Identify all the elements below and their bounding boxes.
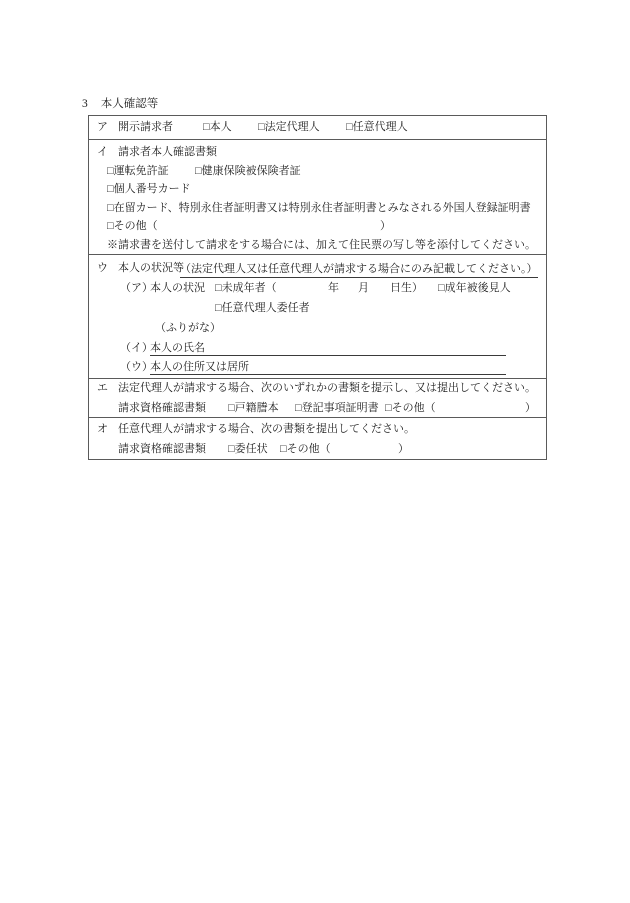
row-o-docs-title: 請求資格確認書類	[118, 440, 206, 460]
row-u-sub-a-line: （ア） 本人の状況 □未成年者（ 年 月 日生） □成年被後見人	[89, 279, 546, 299]
sub-label-i: （イ）	[120, 339, 153, 359]
row-u-underlined-note: （法定代理人又は任意代理人が請求する場合にのみ記載してください。）	[180, 261, 538, 278]
checkbox-registration-certificate: □登記事項証明書	[295, 399, 379, 419]
birth-day-label: 日生）	[390, 279, 423, 299]
row-label-u: ウ	[97, 259, 108, 279]
section-number: 3	[82, 98, 88, 110]
checkbox-other-legal-doc: □その他（	[385, 399, 436, 419]
row-o-docs-line: 請求資格確認書類 □委任状 □その他（ ）	[89, 440, 546, 460]
table-row-principal-status: ウ 本人の状況等 （法定代理人又は任意代理人が請求する場合にのみ記載してください…	[89, 254, 546, 378]
other-voluntary-doc-close-paren: ）	[398, 440, 409, 460]
furigana-label: （ふりがな）	[155, 319, 221, 339]
checkbox-legal-representative: □法定代理人	[258, 116, 320, 138]
row-a-title: 開示請求者	[118, 116, 173, 138]
row-label-e: エ	[97, 379, 108, 399]
principal-name-label: 本人の氏名	[150, 342, 205, 354]
row-i-line2: □個人番号カード	[89, 180, 546, 199]
row-e-title-line: エ 法定代理人が請求する場合、次のいずれかの書類を提示し、又は提出してください。	[89, 379, 546, 399]
checkbox-power-of-attorney: □委任状	[228, 440, 268, 460]
checkbox-adult-ward: □成年被後見人	[438, 279, 511, 299]
table-row-voluntary-rep-documents: オ 任意代理人が請求する場合、次の書類を提出してください。 請求資格確認書類 □…	[89, 417, 546, 459]
other-legal-doc-close-paren: ）	[525, 399, 536, 419]
row-o-title: 任意代理人が請求する場合、次の書類を提出してください。	[118, 420, 415, 440]
row-i-line3: □在留カード、特別永住者証明書又は特別永住者証明書とみなされる外国人登録証明書	[89, 199, 546, 218]
principal-name-blank: 本人の氏名	[150, 340, 506, 356]
checkbox-other-voluntary-doc: □その他（	[280, 440, 331, 460]
row-i-title-line: イ 請求者本人確認書類	[89, 143, 546, 162]
checkbox-residence-card: □在留カード、特別永住者証明書又は特別永住者証明書とみなされる外国人登録証明書	[107, 199, 531, 218]
checkbox-health-insurance-card: □健康保険被保険者証	[195, 162, 301, 181]
checkbox-voluntary-delegator: □任意代理人委任者	[215, 299, 310, 319]
table-row-identity-documents: イ 請求者本人確認書類 □運転免許証 □健康保険被保険者証 □個人番号カード □…	[89, 139, 546, 254]
checkbox-family-register: □戸籍謄本	[228, 399, 279, 419]
row-i-line4: □その他（ ）	[89, 217, 546, 236]
table-row-disclosure-requester: ア 開示請求者 □本人 □法定代理人 □任意代理人	[89, 116, 546, 139]
row-e-title: 法定代理人が請求する場合、次のいずれかの書類を提示し、又は提出してください。	[118, 379, 536, 399]
row-a-line: ア 開示請求者 □本人 □法定代理人 □任意代理人	[89, 116, 546, 138]
principal-address-label: 本人の住所又は居所	[150, 361, 249, 373]
mail-request-note: ※請求書を送付して請求をする場合には、加えて住民票の写し等を添付してください。	[107, 236, 536, 255]
document-page: { "heading": { "number": "3", "title": "…	[0, 0, 630, 903]
row-label-a: ア	[97, 116, 108, 138]
section-heading: 3本人確認等	[82, 95, 158, 111]
row-i-title: 請求者本人確認書類	[118, 143, 217, 162]
birth-year-label: 年	[328, 279, 339, 299]
checkbox-self: □本人	[203, 116, 232, 138]
row-e-docs-title: 請求資格確認書類	[118, 399, 206, 419]
sub-a-title: 本人の状況	[150, 279, 205, 299]
birth-month-label: 月	[358, 279, 369, 299]
sub-label-u: （ウ）	[120, 358, 153, 378]
row-label-o: オ	[97, 420, 108, 440]
table-row-legal-rep-documents: エ 法定代理人が請求する場合、次のいずれかの書類を提示し、又は提出してください。…	[89, 378, 546, 417]
checkbox-other-identity: □その他（	[107, 217, 158, 236]
row-u-delegator-line: □任意代理人委任者	[89, 299, 546, 319]
row-i-note-line: ※請求書を送付して請求をする場合には、加えて住民票の写し等を添付してください。	[89, 236, 546, 255]
row-u-furigana-line: （ふりがな）	[89, 319, 546, 339]
checkbox-minor: □未成年者（	[215, 279, 277, 299]
row-o-title-line: オ 任意代理人が請求する場合、次の書類を提出してください。	[89, 420, 546, 440]
other-identity-close-paren: ）	[380, 217, 391, 236]
row-u-name-line: （イ） 本人の氏名	[89, 339, 546, 359]
principal-address-blank: 本人の住所又は居所	[150, 359, 506, 375]
checkbox-voluntary-representative: □任意代理人	[346, 116, 408, 138]
checkbox-my-number-card: □個人番号カード	[107, 180, 191, 199]
section-title: 本人確認等	[101, 98, 159, 110]
identity-verification-table: ア 開示請求者 □本人 □法定代理人 □任意代理人 イ 請求者本人確認書類 □運…	[88, 115, 547, 460]
row-u-title: 本人の状況等	[118, 259, 184, 279]
sub-label-a: （ア）	[120, 279, 153, 299]
row-label-i: イ	[97, 143, 108, 162]
row-u-title-line: ウ 本人の状況等 （法定代理人又は任意代理人が請求する場合にのみ記載してください…	[89, 259, 546, 279]
row-e-docs-line: 請求資格確認書類 □戸籍謄本 □登記事項証明書 □その他（ ）	[89, 399, 546, 419]
row-u-address-line: （ウ） 本人の住所又は居所	[89, 358, 546, 378]
checkbox-drivers-license: □運転免許証	[107, 162, 169, 181]
row-i-line1: □運転免許証 □健康保険被保険者証	[89, 162, 546, 181]
